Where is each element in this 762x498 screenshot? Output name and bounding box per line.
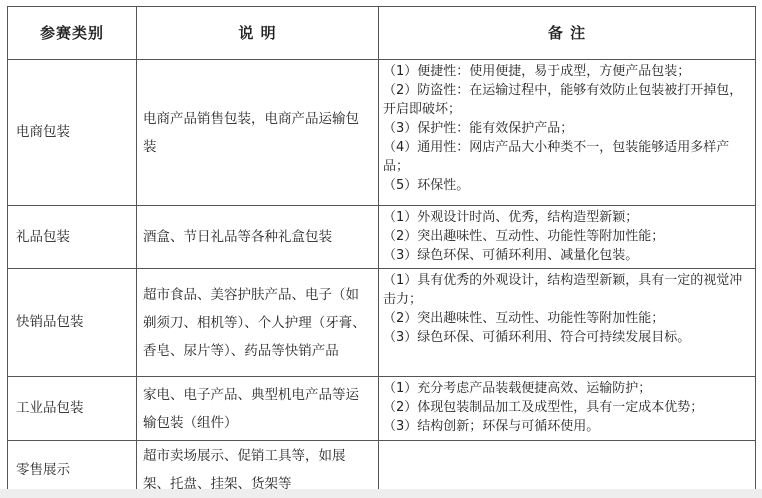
note-line: （1）便捷性：使用便捷，易于成型，方便产品包装； <box>383 62 751 81</box>
note-line: （2）突出趣味性、互动性、功能性等附加性能； <box>383 309 751 328</box>
note-line: （3）保护性：能有效保护产品； <box>383 119 751 138</box>
header-notes: 备 注 <box>379 7 756 60</box>
header-category: 参赛类别 <box>8 7 137 60</box>
notes-cell: （1）便捷性：使用便捷，易于成型，方便产品包装； （2）防盗性：在运输过程中，能… <box>379 60 756 206</box>
note-line: （2）体现包装制品加工及成型性，具有一定成本优势； <box>383 398 751 417</box>
note-line: （2）突出趣味性、互动性、功能性等附加性能； <box>383 227 751 246</box>
note-line: （4）通用性：网店产品大小种类不一，包装能够适用多样产品； <box>383 138 751 176</box>
table-row: 电商包装 电商产品销售包装，电商产品运输包装 （1）便捷性：使用便捷，易于成型，… <box>8 60 756 206</box>
note-line: （3）绿色环保、可循环利用、减量化包装。 <box>383 246 751 265</box>
bottom-gray-strip <box>0 489 762 498</box>
note-line: （1）充分考虑产品装载便捷高效、运输防护； <box>383 379 751 398</box>
notes-cell: （1）充分考虑产品装载便捷高效、运输防护； （2）体现包装制品加工及成型性，具有… <box>379 377 756 441</box>
description-cell: 家电、电子产品、典型机电产品等运输包装（组件） <box>137 377 379 441</box>
table-row: 快销品包装 超市食品、美容护肤产品、电子（如剃须刀、相机等）、个人护理（牙膏、香… <box>8 269 756 377</box>
header-row: 参赛类别 说 明 备 注 <box>8 7 756 60</box>
notes-cell: （1）具有优秀的外观设计，结构造型新颖，具有一定的视觉冲击力； （2）突出趣味性… <box>379 269 756 377</box>
table-row: 礼品包装 酒盒、节日礼品等各种礼盒包装 （1）外观设计时尚、优秀，结构造型新颖；… <box>8 206 756 269</box>
competition-category-table: 参赛类别 说 明 备 注 电商包装 电商产品销售包装，电商产品运输包装 （1）便… <box>7 6 756 498</box>
table-row: 工业品包装 家电、电子产品、典型机电产品等运输包装（组件） （1）充分考虑产品装… <box>8 377 756 441</box>
category-cell: 工业品包装 <box>8 377 137 441</box>
note-line: （3）结构创新；环保与可循环使用。 <box>383 417 751 436</box>
category-cell: 电商包装 <box>8 60 137 206</box>
note-line: （1）外观设计时尚、优秀，结构造型新颖； <box>383 208 751 227</box>
description-cell: 电商产品销售包装，电商产品运输包装 <box>137 60 379 206</box>
note-line: （3）绿色环保、可循环利用、符合可持续发展目标。 <box>383 328 751 347</box>
category-cell: 礼品包装 <box>8 206 137 269</box>
category-cell: 快销品包装 <box>8 269 137 377</box>
description-cell: 酒盒、节日礼品等各种礼盒包装 <box>137 206 379 269</box>
notes-cell: （1）外观设计时尚、优秀，结构造型新颖； （2）突出趣味性、互动性、功能性等附加… <box>379 206 756 269</box>
description-cell: 超市食品、美容护肤产品、电子（如剃须刀、相机等）、个人护理（牙膏、香皂、尿片等）… <box>137 269 379 377</box>
header-description: 说 明 <box>137 7 379 60</box>
note-line: （5）环保性。 <box>383 176 751 195</box>
note-line: （2）防盗性：在运输过程中，能够有效防止包装被打开掉包，开启即破坏； <box>383 81 751 119</box>
note-line: （1）具有优秀的外观设计，结构造型新颖，具有一定的视觉冲击力； <box>383 271 751 309</box>
